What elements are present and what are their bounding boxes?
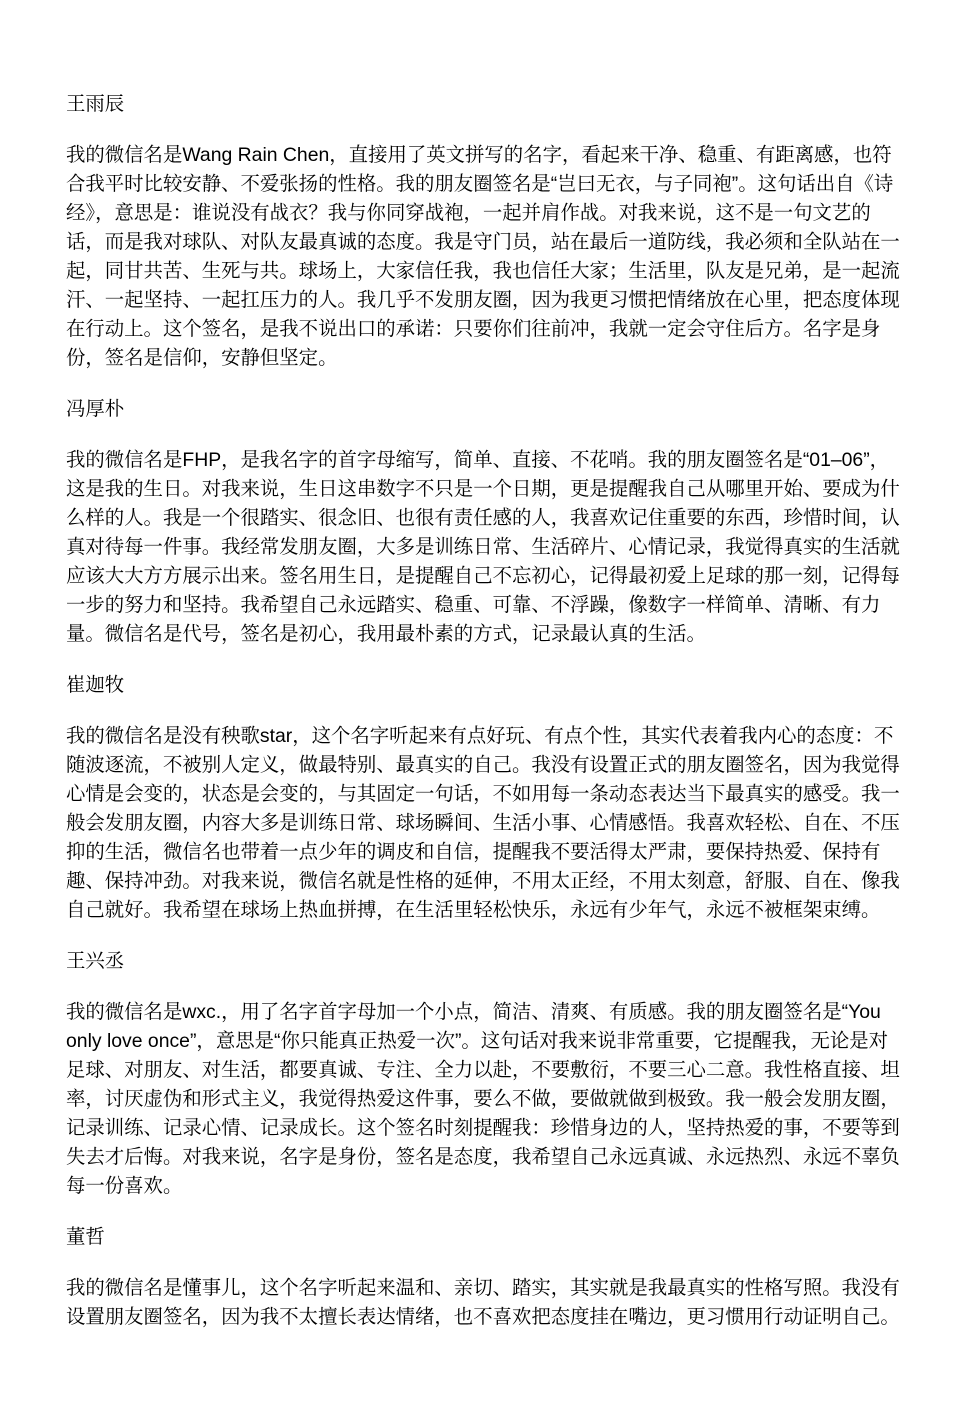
profile-paragraph: 我的微信名是懂事儿，这个名字听起来温和、亲切、踏实，其实就是我最真实的性格写照。…	[66, 1274, 902, 1332]
profile-section-1: 王雨辰 我的微信名是Wang Rain Chen，直接用了英文拼写的名字，看起来…	[66, 90, 902, 373]
profile-section-3: 崔迦牧 我的微信名是没有秧歌star，这个名字听起来有点好玩、有点个性，其实代表…	[66, 671, 902, 925]
profile-paragraph: 我的微信名是Wang Rain Chen，直接用了英文拼写的名字，看起来干净、稳…	[66, 141, 902, 373]
person-name: 王兴丞	[66, 947, 902, 976]
document: 王雨辰 我的微信名是Wang Rain Chen，直接用了英文拼写的名字，看起来…	[0, 0, 964, 1408]
person-name: 冯厚朴	[66, 395, 902, 424]
person-name: 董哲	[66, 1223, 902, 1252]
profile-paragraph: 我的微信名是FHP，是我名字的首字母缩写，简单、直接、不花哨。我的朋友圈签名是“…	[66, 446, 902, 649]
profile-paragraph: 我的微信名是没有秧歌star，这个名字听起来有点好玩、有点个性，其实代表着我内心…	[66, 722, 902, 925]
profile-paragraph: 我的微信名是wxc.，用了名字首字母加一个小点，简洁、清爽、有质感。我的朋友圈签…	[66, 998, 902, 1201]
profile-section-5: 董哲 我的微信名是懂事儿，这个名字听起来温和、亲切、踏实，其实就是我最真实的性格…	[66, 1223, 902, 1332]
person-name: 王雨辰	[66, 90, 902, 119]
profile-section-4: 王兴丞 我的微信名是wxc.，用了名字首字母加一个小点，简洁、清爽、有质感。我的…	[66, 947, 902, 1201]
person-name: 崔迦牧	[66, 671, 902, 700]
profile-section-2: 冯厚朴 我的微信名是FHP，是我名字的首字母缩写，简单、直接、不花哨。我的朋友圈…	[66, 395, 902, 649]
